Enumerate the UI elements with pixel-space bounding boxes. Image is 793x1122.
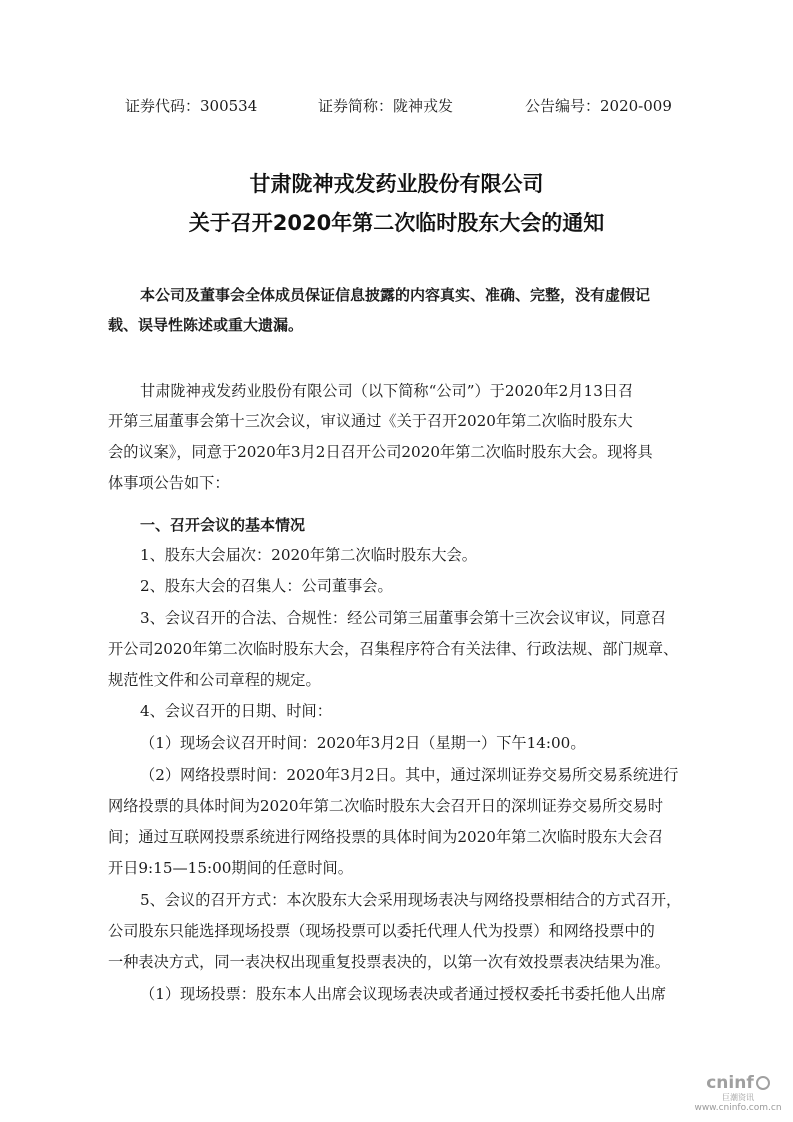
notice-title: 关于召开2020年第二次临时股东大会的通知 <box>0 207 793 237</box>
section-heading: 一、召开会议的基本情况 <box>140 514 305 535</box>
list-item: 规范性文件和公司章程的规定。 <box>108 669 321 690</box>
cninfo-watermark: cninf 巨潮资讯 www.cninfo.com.cn <box>693 1073 783 1114</box>
list-item: 开公司2020年第二次临时股东大会，召集程序符合有关法律、行政法规、部门规章、 <box>108 638 678 659</box>
list-item: （1）现场投票：股东本人出席会议现场表决或者通过授权委托书委托他人出席 <box>140 983 666 1004</box>
intro-line: 开第三届董事会第十三次会议，审议通过《关于召开2020年第二次临时股东大 <box>108 410 633 431</box>
statement-line: 载、误导性陈述或重大遗漏。 <box>108 314 303 335</box>
security-short-name: 证券简称：陇神戎发 <box>318 95 453 116</box>
list-item: 间；通过互联网投票系统进行网络投票的具体时间为2020年第二次临时股东大会召 <box>108 826 663 847</box>
list-item: 1、股东大会届次：2020年第二次临时股东大会。 <box>140 544 477 565</box>
list-item: 2、股东大会的召集人：公司董事会。 <box>140 575 393 596</box>
list-item: 3、会议召开的合法、合规性：经公司第三届董事会第十三次会议审议，同意召 <box>140 607 666 628</box>
intro-line: 体事项公告如下： <box>108 472 230 493</box>
cninfo-url: www.cninfo.com.cn <box>693 1103 783 1114</box>
cninfo-subtitle: 巨潮资讯 <box>693 1093 783 1103</box>
document-header: 证券代码：300534 证券简称：陇神戎发 公告编号：2020-009 <box>125 95 685 119</box>
list-item: 开日9:15—15:00期间的任意时间。 <box>108 857 353 878</box>
company-title: 甘肃陇神戎发药业股份有限公司 <box>0 168 793 198</box>
cninfo-logo-text: cninf <box>706 1073 754 1093</box>
security-code: 证券代码：300534 <box>125 95 257 116</box>
list-item: 一种表决方式，同一表决权出现重复投票表决的，以第一次有效投票表决结果为准。 <box>108 951 670 972</box>
list-item: 4、会议召开的日期、时间： <box>140 700 332 721</box>
intro-line: 甘肃陇神戎发药业股份有限公司（以下简称“公司”）于2020年2月13日召 <box>140 380 633 401</box>
notice-number: 公告编号：2020-009 <box>525 95 672 116</box>
list-item: 公司股东只能选择现场投票（现场投票可以委托代理人代为投票）和网络投票中的 <box>108 920 655 941</box>
cninfo-logo-icon <box>756 1076 770 1090</box>
list-item: 网络投票的具体时间为2020年第二次临时股东大会召开日的深圳证券交易所交易时 <box>108 795 663 816</box>
list-item: （2）网络投票时间：2020年3月2日。其中，通过深圳证券交易所交易系统进行 <box>140 764 678 785</box>
list-item: （1）现场会议召开时间：2020年3月2日（星期一）下午14:00。 <box>140 732 586 753</box>
list-item: 5、会议的召开方式：本次股东大会采用现场表决与网络投票相结合的方式召开， <box>140 889 681 910</box>
intro-line: 会的议案》，同意于2020年3月2日召开公司2020年第二次临时股东大会。现将具 <box>108 441 653 462</box>
statement-line: 本公司及董事会全体成员保证信息披露的内容真实、准确、完整，没有虚假记 <box>140 284 650 305</box>
